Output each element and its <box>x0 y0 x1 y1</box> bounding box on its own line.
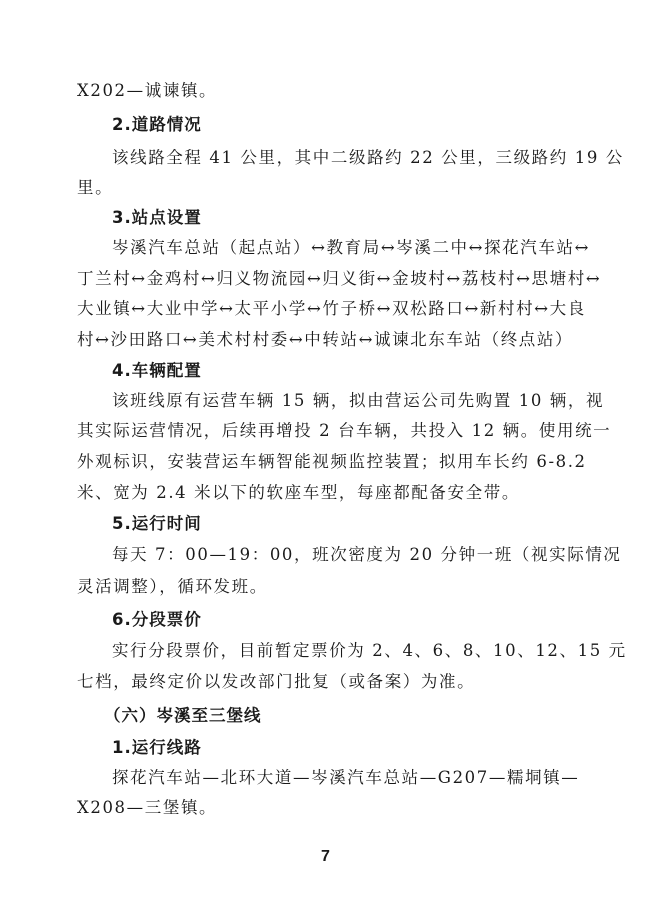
document-page: X202—诚谏镇。 2.道路情况 该线路全程 41 公里，其中二级路约 22 公… <box>0 0 651 922</box>
heading-fares: 6.分段票价 <box>112 609 612 631</box>
fares-text-1: 实行分段票价，目前暂定票价为 2、4、6、8、10、12、15 元 <box>112 640 577 662</box>
route-continuation: X202—诚谏镇。 <box>77 80 577 102</box>
vehicles-text-4: 米、宽为 2.4 米以下的软座车型，每座都配备安全带。 <box>77 482 577 504</box>
route-text-1: 探花汽车站—北环大道—岑溪汽车总站—G207—糯垌镇— <box>112 767 577 789</box>
road-conditions-text: 该线路全程 41 公里，其中二级路约 22 公里，三级路约 19 公 <box>112 147 577 169</box>
road-conditions-text-cont: 里。 <box>77 177 577 199</box>
heading-route: 1.运行线路 <box>112 737 612 759</box>
operating-hours-text-2: 灵活调整），循环发班。 <box>77 576 577 598</box>
operating-hours-text-1: 每天 7：00—19：00，班次密度为 20 分钟一班（视实际情况 <box>112 544 577 566</box>
section-heading-cenxi-sanbao: （六）岑溪至三堡线 <box>104 705 604 727</box>
stations-text-3: 大业镇↔大业中学↔太平小学↔竹子桥↔双松路口↔新村村↔大良 <box>77 298 577 320</box>
vehicles-text-1: 该班线原有运营车辆 15 辆，拟由营运公司先购置 10 辆，视 <box>112 390 577 412</box>
heading-stations: 3.站点设置 <box>112 207 612 229</box>
page-number: 7 <box>0 848 651 866</box>
heading-vehicles: 4.车辆配置 <box>112 360 612 382</box>
stations-text-2: 丁兰村↔金鸡村↔归义物流园↔归义街↔金坡村↔荔枝村↔思塘村↔ <box>77 268 577 290</box>
vehicles-text-2: 其实际运营情况，后续再增投 2 台车辆，共投入 12 辆。使用统一 <box>77 420 577 442</box>
heading-operating-hours: 5.运行时间 <box>112 513 612 535</box>
heading-road-conditions: 2.道路情况 <box>112 114 612 136</box>
fares-text-2: 七档，最终定价以发改部门批复（或备案）为准。 <box>77 671 577 693</box>
vehicles-text-3: 外观标识，安装营运车辆智能视频监控装置；拟用车长约 6-8.2 <box>77 451 577 473</box>
route-text-2: X208—三堡镇。 <box>77 797 577 819</box>
stations-text-4: 村↔沙田路口↔美术村村委↔中转站↔诚谏北东车站（终点站） <box>77 329 577 351</box>
stations-text-1: 岑溪汽车总站（起点站）↔教育局↔岑溪二中↔探花汽车站↔ <box>112 237 577 259</box>
